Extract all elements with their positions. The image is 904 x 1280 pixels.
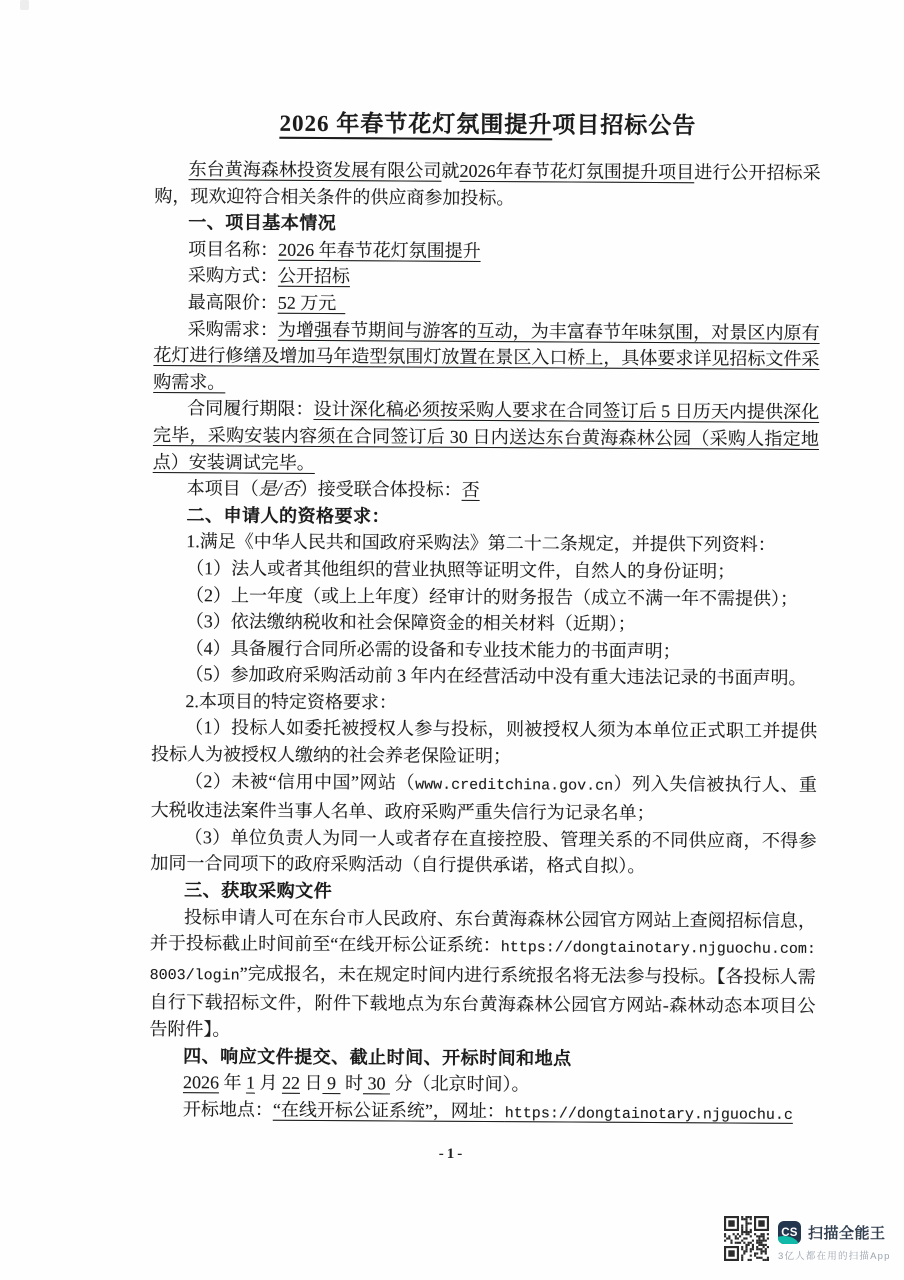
text-run: 是/否 (259, 479, 300, 499)
text-run: https://dongtainotary.njguochu.c (505, 1105, 793, 1124)
section-heading: 四、响应文件提交、截止时间、开标时间和地点 (149, 1043, 815, 1074)
document-body: 东台黄海森林投资发展有限公司就2026年春节花灯氛围提升项目进行公开招标采购，现… (149, 156, 821, 1129)
text-run: 2.本项目的特定资格要求： (185, 691, 397, 712)
text-run: 2026 年春节花灯氛围提升 (278, 240, 481, 261)
camscanner-watermark: CS 扫描全能王 3亿人都在用的扫描App (724, 1216, 891, 1262)
text-run: 开标地点： (183, 1099, 273, 1120)
text-run: 一、项目基本情况 (188, 212, 336, 233)
text-run: 四、响应文件提交、截止时间、开标时间和地点 (183, 1046, 572, 1068)
text-run: 日 (300, 1073, 323, 1093)
text-run: 项目名称： (188, 239, 278, 260)
paragraph: （3）依法缴纳税收和社会保障资金的相关材料（近期）； (152, 608, 818, 639)
paragraph: （1）投标人如委托被授权人参与投标，则被授权人须为本单位正式职工并提供投标人为被… (151, 714, 817, 771)
paragraph: 1.满足《中华人民共和国政府采购法》第二十二条规定，并提供下列资料： (152, 528, 818, 559)
text-run: 22 (282, 1073, 300, 1093)
paragraph: 本项目（是/否）接受联合体投标：否 (153, 475, 819, 506)
text-run: 月 (255, 1073, 282, 1093)
text-run: 采购方式： (188, 266, 278, 287)
paragraph: 最高限价：52 万元 (154, 289, 820, 320)
text-run: （4）具备履行合同所必需的设备和专业技术能力的书面声明； (186, 638, 681, 661)
camscanner-tagline: 3亿人都在用的扫描App (778, 1248, 891, 1262)
camscanner-app-name: 扫描全能王 (808, 1222, 886, 1243)
paragraph: 项目名称：2026 年春节花灯氛围提升 (154, 236, 820, 267)
paragraph: （4）具备履行合同所必需的设备和专业技术能力的书面声明； (152, 635, 818, 666)
text-run: 本项目（ (187, 478, 259, 498)
paragraph: 采购方式：公开招标 (154, 262, 820, 293)
text-run: 公开招标 (278, 266, 350, 286)
text-run: 分（北京时间）。 (390, 1074, 530, 1095)
text-run: （1）投标人如委托被授权人参与投标，则被授权人须为本单位正式职工并提供投标人为被… (151, 718, 817, 767)
text-run: 采购需求： (188, 319, 278, 340)
paragraph: 合同履行期限：设计深化稿必须按采购人要求在合同签订后 5 日历天内提供深化完毕，… (153, 395, 819, 479)
text-run: “在线开标公证系统”，网址： (273, 1099, 505, 1120)
paragraph: 2.本项目的特定资格要求： (151, 688, 817, 719)
page-number: -1- (0, 1146, 904, 1163)
text-run: （5）参加政府采购活动前 3 年内在经营活动中没有重大违法记录的书面声明。 (185, 664, 806, 688)
text-run: 52 万元 (278, 293, 346, 313)
text-run: 1 (246, 1073, 255, 1093)
text-run: 东台黄海森林投资发展有限公司 (189, 159, 442, 181)
paragraph: （3）单位负责人为同一人或者存在直接控股、管理关系的不同供应商，不得参加同一合同… (150, 824, 816, 881)
text-run: 时 (340, 1073, 363, 1093)
text-run: 最高限价： (188, 292, 278, 313)
text-run: （3）依法缴纳税收和社会保障资金的相关材料（近期）； (186, 611, 636, 634)
text-run: 9 (322, 1073, 340, 1093)
paragraph: 采购需求：为增强春节期间与游客的互动，为丰富春节年味氛围，对景区内原有花灯进行修… (153, 316, 819, 400)
section-heading: 一、项目基本情况 (154, 209, 820, 240)
text-run: 2026 (183, 1072, 219, 1092)
text-run: 2026 年春节花灯氛围提升 (279, 111, 552, 138)
paragraph: （1）法人或者其他组织的营业执照等证明文件，自然人的身份证明； (152, 555, 818, 586)
text-run: ）接受联合体投标： (300, 479, 462, 500)
text-run: 二、申请人的资格要求： (186, 505, 390, 526)
logo-cs-text: CS (778, 1221, 801, 1244)
paragraph: （2）未被“信用中国”网站（www.creditchina.gov.cn）列入失… (151, 768, 817, 828)
text-run: 年 (219, 1073, 246, 1093)
paragraph: 开标地点：“在线开标公证系统”，网址：https://dongtainotary… (149, 1096, 815, 1130)
text-run: 就 (441, 161, 459, 181)
paragraph: （2）上一年度（或上上年度）经审计的财务报告（成立不满一年不需提供）； (152, 581, 818, 612)
text-run: 否 (462, 480, 480, 500)
document-content: 2026 年春节花灯氛围提升项目招标公告 东台黄海森林投资发展有限公司就2026… (149, 104, 821, 1129)
text-run: 30 (363, 1073, 390, 1093)
text-run: www.creditchina.gov.cn (415, 776, 613, 794)
scan-artifact (20, 0, 29, 10)
section-heading: 三、获取采购文件 (150, 877, 816, 908)
paragraph: 东台黄海森林投资发展有限公司就2026年春节花灯氛围提升项目进行公开招标采购，现… (154, 156, 820, 213)
paragraph: （5）参加政府采购活动前 3 年内在经营活动中没有重大违法记录的书面声明。 (151, 661, 817, 692)
text-run: （3）单位负责人为同一人或者存在直接控股、管理关系的不同供应商，不得参加同一合同… (150, 827, 816, 876)
text-run: 项目招标公告 (552, 112, 696, 138)
paragraph: 投标申请人可在东台市人民政府、东台黄海森林公园官方网站上查阅招标信息，并于投标截… (149, 904, 816, 1047)
text-run: （2）未被“信用中国”网站（ (185, 771, 415, 792)
text-run: ”完成报名，未在规定时间内进行系统报名将无法参与投标。【各投标人需自行下载招标文… (149, 963, 815, 1039)
text-run: （2）上一年度（或上上年度）经审计的财务报告（成立不满一年不需提供）； (186, 585, 798, 609)
document-title: 2026 年春节花灯氛围提升项目招标公告 (155, 104, 821, 146)
paragraph: 2026 年 1 月 22 日 9 时 30 分（北京时间）。 (149, 1069, 815, 1100)
scanned-page: { "document": { "title": { "runs": [ {"t… (0, 0, 904, 1280)
text-run: 三、获取采购文件 (184, 880, 332, 901)
camscanner-logo: CS (778, 1221, 801, 1244)
text-run: 1.满足《中华人民共和国政府采购法》第二十二条规定，并提供下列资料： (186, 531, 776, 555)
text-run: 2026年春节花灯氛围提升项目 (459, 161, 694, 182)
qr-code (724, 1216, 769, 1261)
text-run: （1）法人或者其他组织的营业执照等证明文件，自然人的身份证明； (186, 558, 735, 581)
camscanner-text-block: CS 扫描全能王 3亿人都在用的扫描App (778, 1216, 891, 1262)
text-run: 合同履行期限： (187, 399, 314, 420)
section-heading: 二、申请人的资格要求： (152, 502, 818, 533)
